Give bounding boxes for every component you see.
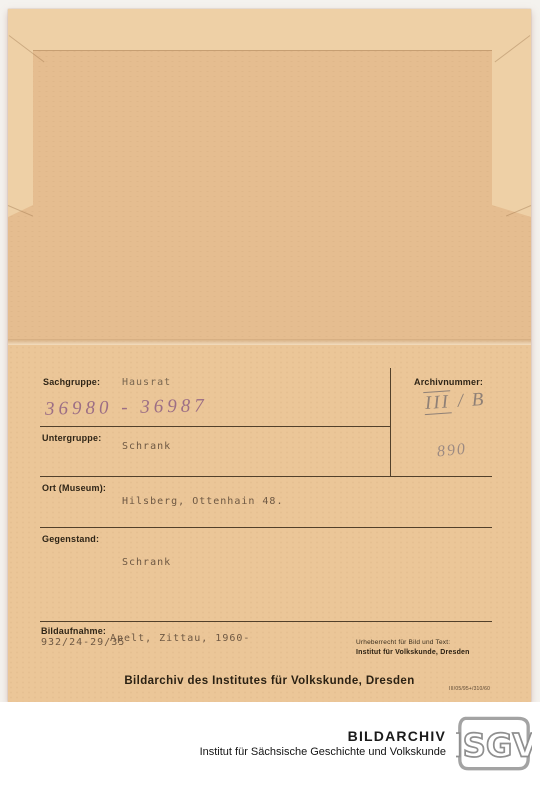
gegenstand-value: Schrank	[122, 557, 171, 568]
untergruppe-value: Schrank	[122, 441, 171, 452]
archivnummer-label: Archivnummer:	[414, 377, 483, 387]
catalog-form: Sachgruppe: Hausrat 36980 - 36987 Unterg…	[8, 345, 531, 702]
footer-title: BILDARCHIV	[200, 728, 446, 746]
field-line-sachgruppe	[40, 426, 390, 427]
archivnummer-roman: III	[423, 390, 452, 415]
ort-value: Hilsberg, Ottenhain 48.	[122, 496, 283, 507]
archive-envelope: Sachgruppe: Hausrat 36980 - 36987 Unterg…	[8, 9, 531, 702]
copyright-value: Institut für Volkskunde, Dresden	[356, 649, 470, 656]
gegenstand-label: Gegenstand:	[42, 534, 99, 544]
archivnummer-suffix: / B	[457, 389, 486, 412]
archivnummer-number: 890	[436, 440, 468, 461]
print-code: III/05/95+/310/60	[449, 686, 490, 692]
archivnummer-divider	[390, 368, 391, 476]
fold-line-top-right	[495, 35, 531, 62]
institution-footer: BILDARCHIV Institut für Sächsische Gesch…	[0, 702, 540, 786]
field-line-gegenstand	[40, 621, 492, 622]
archivnummer-handwritten: III / B	[423, 389, 486, 415]
sachgruppe-label: Sachgruppe:	[43, 377, 100, 387]
ort-label: Ort (Museum):	[42, 483, 106, 493]
isgv-logo-letters: ISGV	[456, 726, 532, 764]
handwritten-number-range: 36980 - 36987	[45, 395, 208, 420]
envelope-flap-edge	[33, 50, 492, 51]
bildaufnahme-label: Bildaufnahme:	[41, 626, 106, 636]
field-line-untergruppe	[40, 476, 492, 477]
untergruppe-label: Untergruppe:	[42, 433, 101, 443]
sachgruppe-value: Hausrat	[122, 377, 171, 388]
footer-subtitle: Institut für Sächsische Geschichte und V…	[200, 746, 446, 760]
footer-text-block: BILDARCHIV Institut für Sächsische Gesch…	[200, 728, 446, 759]
fold-line-top-left	[9, 35, 45, 62]
field-line-ort	[40, 527, 492, 528]
bildaufnahme-value: Apelt, Zittau, 1960-	[110, 633, 250, 644]
isgv-logo: ISGV	[456, 713, 532, 775]
copyright-label: Urheberrecht für Bild und Text:	[356, 639, 450, 646]
